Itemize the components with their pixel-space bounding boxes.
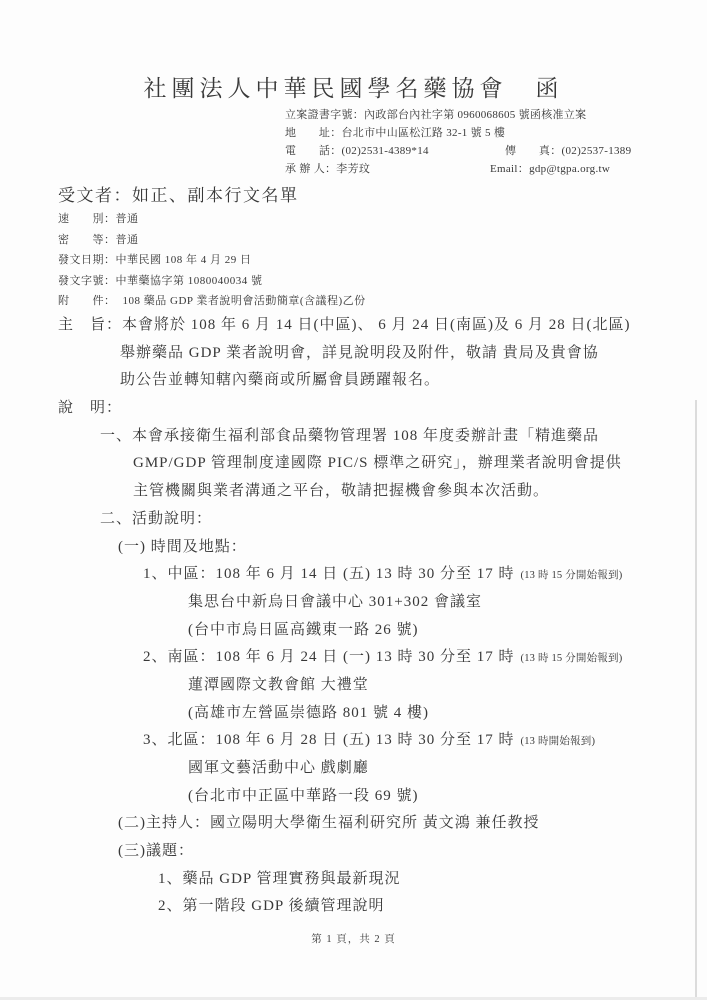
meta-attachment-label: 附 件： [58,295,116,307]
session-3-checkin: (13 時開始報到) [521,736,596,747]
session-2-head: 2、南區：108 年 6 月 24 日 (一) 13 時 30 分至 17 時(… [58,644,707,672]
session-3-num: 3、 [143,732,168,748]
issuer-email: Email：gdp@tgpa.org.tw [490,160,610,178]
subject-label: 主 旨： [58,317,122,333]
item1-text-1: 本會承接衛生福利部食品藥物管理署 108 年度委辦計畫「精進藥品 [132,428,599,444]
session-3-address: (台北市中正區中華路一段 69 號) [58,783,707,811]
explanation-item1-line1: 一、本會承接衛生福利部食品藥物管理署 108 年度委辦計畫「精進藥品 [58,423,707,451]
section2-host: (二)主持人：國立陽明大學衛生福利研究所 黃文鴻 兼任教授 [58,810,707,838]
session-2-datetime: 108 年 6 月 24 日 (一) 13 時 30 分至 17 時 [216,649,515,665]
meta-date: 發文日期：中華民國 108 年 4 月 29 日 [58,250,366,271]
meta-priority: 速 別：普通 [58,209,366,230]
explanation-item1-line3: 主管機關與業者溝通之平台，敬請把握機會參與本次活動。 [58,478,707,506]
item2-num: 二、 [100,511,132,527]
session-1-head: 1、中區：108 年 6 月 14 日 (五) 13 時 30 分至 17 時(… [58,561,707,589]
section1-heading: (一) 時間及地點： [58,534,707,562]
session-1-region: 中區： [168,566,216,582]
document-title: 社團法人中華民國學名藥協會 函 [0,70,707,103]
session-2-num: 2、 [143,649,168,665]
subject-text-1: 本會將於 108 年 6 月 14 日(中區)、 6 月 24 日(南區)及 6… [122,317,630,333]
session-2-checkin: (13 時 15 分開始報到) [521,653,623,664]
recipient-line: 受文者：如正、副本行文名單 [58,181,299,206]
session-2-venue: 蓮潭國際文教會館 大禮堂 [58,672,707,700]
scan-edge-right [695,400,697,1000]
session-1-checkin: (13 時 15 分開始報到) [521,570,623,581]
meta-priority-label: 速 別： [58,213,116,225]
issuer-phone-fax-row: 電 話：(02)2531-4389*14 傳 真：(02)2537-1389 [285,142,685,160]
session-3-datetime: 108 年 6 月 28 日 (五) 13 時 30 分至 17 時 [216,732,515,748]
meta-ref: 發文字號：中華藥協字第 1080040034 號 [58,271,366,292]
meta-date-label: 發文日期： [58,254,116,266]
meta-block: 速 別：普通 密 等：普通 發文日期：中華民國 108 年 4 月 29 日 發… [58,209,366,312]
explanation-label: 說 明： [58,395,707,423]
session-3-venue: 國軍文藝活動中心 戲劇廳 [58,755,707,783]
page-number: 第 1 頁，共 2 頁 [0,931,707,946]
meta-priority-value: 普通 [116,213,139,225]
subject-line-3: 助公告並轉知轄內藥商或所屬會員踴躍報名。 [58,367,707,395]
session-1-datetime: 108 年 6 月 14 日 (五) 13 時 30 分至 17 時 [216,566,515,582]
item2-title: 活動說明： [132,511,212,527]
meta-attachment-value: 108 藥品 GDP 業者說明會活動簡章(含議程)乙份 [123,295,366,307]
issuer-phone: 電 話：(02)2531-4389*14 [285,142,505,160]
session-2-region: 南區： [168,649,216,665]
section3-heading: (三)議題： [58,838,707,866]
session-3-region: 北區： [168,732,216,748]
issuer-address: 地 址：台北市中山區松江路 32-1 號 5 樓 [285,124,685,142]
document-page: { "doc": { "title": "社團法人中華民國學名藥協會 函", "… [0,0,707,1000]
issuer-contact-email-row: 承 辦 人：李芳玟 Email：gdp@tgpa.org.tw [285,160,685,178]
explanation-item2-heading: 二、活動說明： [58,506,707,534]
session-1-num: 1、 [143,566,168,582]
meta-attachment: 附 件：108 藥品 GDP 業者說明會活動簡章(含議程)乙份 [58,291,366,312]
meta-security-label: 密 等： [58,234,116,246]
session-3-head: 3、北區：108 年 6 月 28 日 (五) 13 時 30 分至 17 時(… [58,727,707,755]
topic-1: 1、藥品 GDP 管理實務與最新現況 [58,866,707,894]
meta-security-value: 普通 [116,234,139,246]
issuer-fax: 傳 真：(02)2537-1389 [505,142,631,160]
issuer-info-block: 立案證書字號：內政部台內社字第 0960068605 號函核准立案 地 址：台北… [285,106,685,178]
meta-security: 密 等：普通 [58,230,366,251]
meta-ref-value: 中華藥協字第 1080040034 號 [116,275,263,287]
item1-num: 一、 [100,428,132,444]
session-1-address: (台中市烏日區高鐵東一路 26 號) [58,617,707,645]
subject-line-2: 舉辦藥品 GDP 業者說明會，詳見說明段及附件，敬請 貴局及貴會協 [58,340,707,368]
explanation-item1-line2: GMP/GDP 管理制度達國際 PIC/S 標準之研究」，辦理業者說明會提供 [58,450,707,478]
meta-date-value: 中華民國 108 年 4 月 29 日 [116,254,252,266]
topic-2: 2、第一階段 GDP 後續管理說明 [58,893,707,921]
subject-line-1: 主 旨：本會將於 108 年 6 月 14 日(中區)、 6 月 24 日(南區… [58,312,707,340]
issuer-contact-person: 承 辦 人：李芳玟 [285,160,490,178]
session-2-address: (高雄市左營區崇德路 801 號 4 樓) [58,700,707,728]
session-1-venue: 集思台中新烏日會議中心 301+302 會議室 [58,589,707,617]
meta-ref-label: 發文字號： [58,275,116,287]
letter-body: 主 旨：本會將於 108 年 6 月 14 日(中區)、 6 月 24 日(南區… [58,312,707,921]
issuer-registration: 立案證書字號：內政部台內社字第 0960068605 號函核准立案 [285,106,685,124]
